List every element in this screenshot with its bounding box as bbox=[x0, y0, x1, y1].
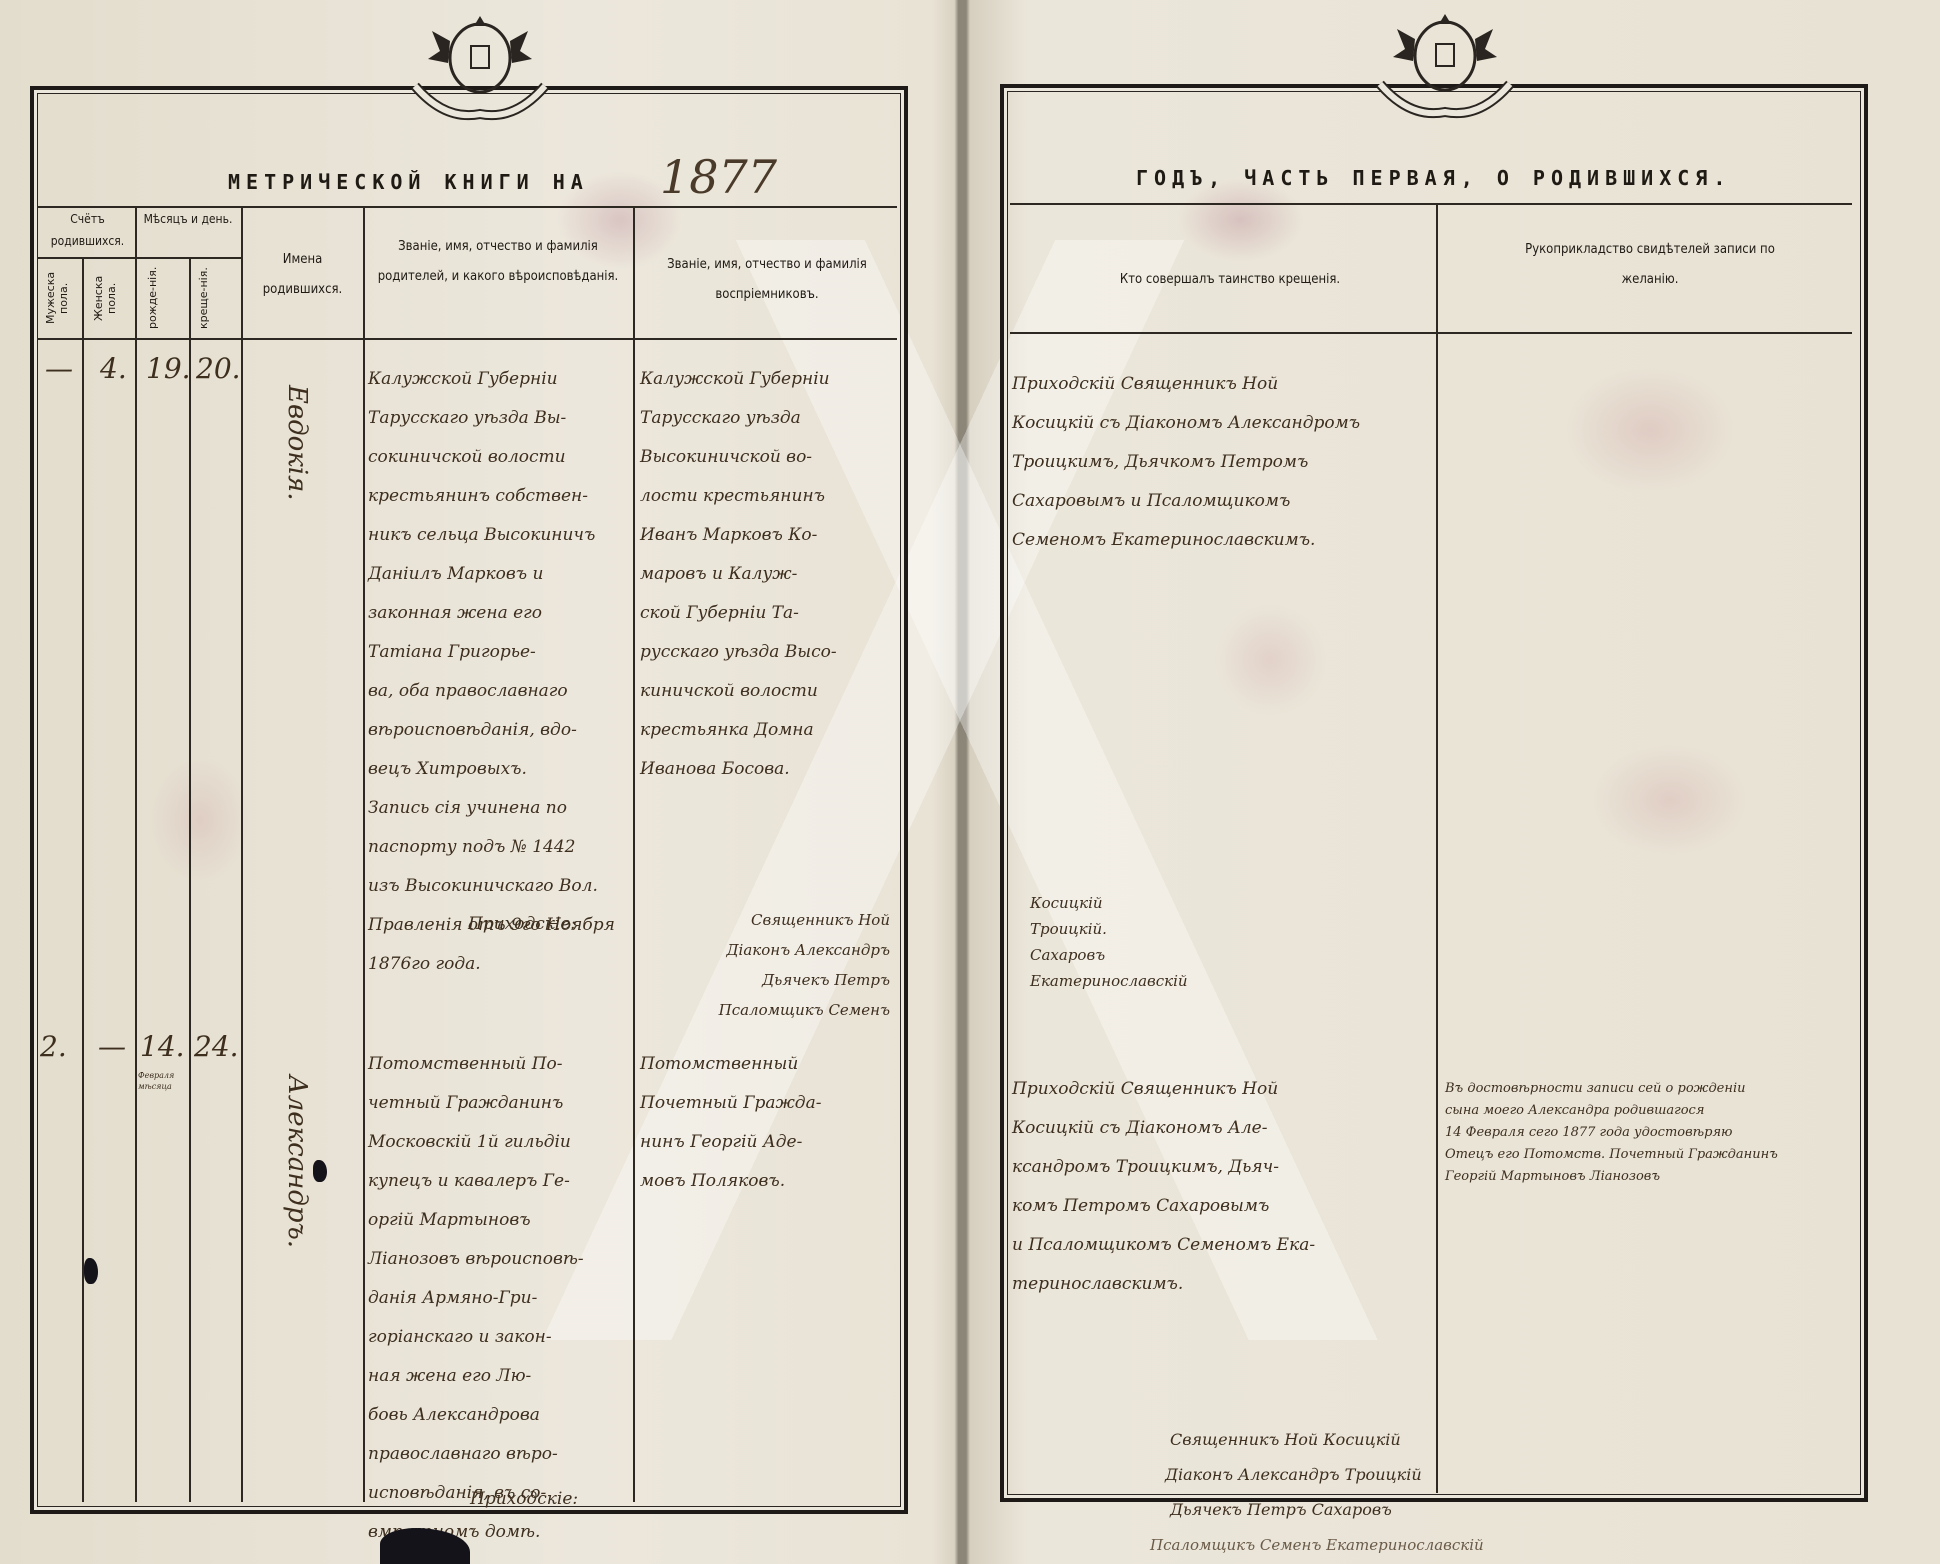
imperial-eagle-crest-icon bbox=[1370, 4, 1520, 124]
record1-parents-footer: Приходскіе: bbox=[468, 905, 576, 944]
record1-female: 4. bbox=[100, 352, 127, 385]
col-line bbox=[1436, 203, 1438, 1493]
header-top-rule bbox=[1010, 203, 1852, 205]
record1-parents: Калужской Губерніи Тарусскаго уѣзда Вы- … bbox=[368, 360, 633, 984]
record2-parents-footer: Приходскіе: bbox=[470, 1480, 578, 1519]
record1-performed-by: Приходскій Священникъ Ной Косицкій съ Ді… bbox=[1012, 365, 1432, 560]
record2-male: 2. bbox=[40, 1030, 67, 1063]
record2-parents: Потомственный По- четный Гражданинъ Моск… bbox=[368, 1045, 633, 1552]
header-male: Мужеска пола. bbox=[44, 262, 80, 334]
header-performed-by: Кто совершалъ таинство крещенія. bbox=[1080, 265, 1380, 295]
ink-blot bbox=[84, 1258, 98, 1284]
col-line bbox=[135, 206, 137, 1502]
record2-performed-by: Приходскій Священникъ Ной Косицкій съ Ді… bbox=[1012, 1070, 1432, 1304]
ink-blot bbox=[313, 1160, 327, 1182]
record1-baptism-day: 20. bbox=[196, 352, 241, 385]
record1-male: — bbox=[45, 352, 73, 385]
subheader-rule bbox=[37, 257, 242, 259]
header-godparents: Званіе, имя, отчество и фамилія воспріем… bbox=[642, 250, 892, 310]
header-parents: Званіе, имя, отчество и фамилія родителе… bbox=[372, 232, 624, 292]
header-names: Имена родившихся. bbox=[250, 245, 355, 305]
closing-signature: Дьячекъ Петръ Сахаровъ bbox=[1170, 1495, 1392, 1525]
record1-birth-day: 19. bbox=[146, 352, 191, 385]
record2-birth-day: 14. bbox=[140, 1030, 185, 1063]
imperial-eagle-crest-icon bbox=[405, 6, 555, 126]
header-baptism: креще-нія. bbox=[197, 262, 233, 334]
record2-witnesses: Въ достовѣрности записи сей о рожденіи с… bbox=[1445, 1078, 1855, 1188]
record2-female: — bbox=[98, 1030, 126, 1063]
closing-signature: Священникъ Ной Косицкій bbox=[1170, 1425, 1401, 1455]
col-line bbox=[189, 257, 191, 1502]
col-line bbox=[241, 206, 243, 1502]
closing-signature: Псаломщикъ Семенъ Екатеринославскій bbox=[1150, 1530, 1484, 1560]
header-bottom-rule bbox=[1010, 332, 1852, 334]
record2-child-name: Александръ. bbox=[282, 1075, 312, 1248]
record1-child-name: Евдокія. bbox=[282, 385, 312, 501]
header-female: Женска пола. bbox=[92, 262, 128, 334]
right-page-title: ГОДЪ, ЧАСТЬ ПЕРВАЯ, О РОДИВШИХСЯ. bbox=[1136, 166, 1731, 190]
col-line bbox=[82, 257, 84, 1502]
left-page-title: МЕТРИЧЕСКОЙ КНИГИ НА bbox=[228, 170, 589, 194]
header-month-day: Мѣсяцъ и день. bbox=[138, 208, 238, 230]
record1-godparent-signatures: Священникъ Ной Діаконъ Александръ Дьячек… bbox=[650, 905, 890, 1025]
col-line bbox=[633, 206, 635, 1502]
header-witnesses: Рукоприкладство свидѣтелей записи по жел… bbox=[1500, 235, 1800, 295]
record1-performed-signatures: Косицкій Троицкій. Сахаровъ Екатериносла… bbox=[1030, 890, 1188, 994]
record2-baptism-day: 24. bbox=[194, 1030, 239, 1063]
col-line bbox=[363, 206, 365, 1502]
closing-signature: Діаконъ Александръ Троицкій bbox=[1165, 1460, 1422, 1490]
record2-godparents: Потомственный Почетный Гражда- нинъ Геор… bbox=[640, 1045, 900, 1201]
record2-birth-note: Февраля мѣсяца bbox=[138, 1070, 186, 1092]
register-year: 1877 bbox=[660, 150, 777, 204]
header-birth: рожде-нія. bbox=[146, 262, 182, 334]
header-count-born: Счётъ родившихся. bbox=[40, 208, 135, 252]
record1-godparents: Калужской Губерніи Тарусскаго уѣзда Высо… bbox=[640, 360, 900, 789]
header-bottom-rule bbox=[37, 338, 897, 340]
